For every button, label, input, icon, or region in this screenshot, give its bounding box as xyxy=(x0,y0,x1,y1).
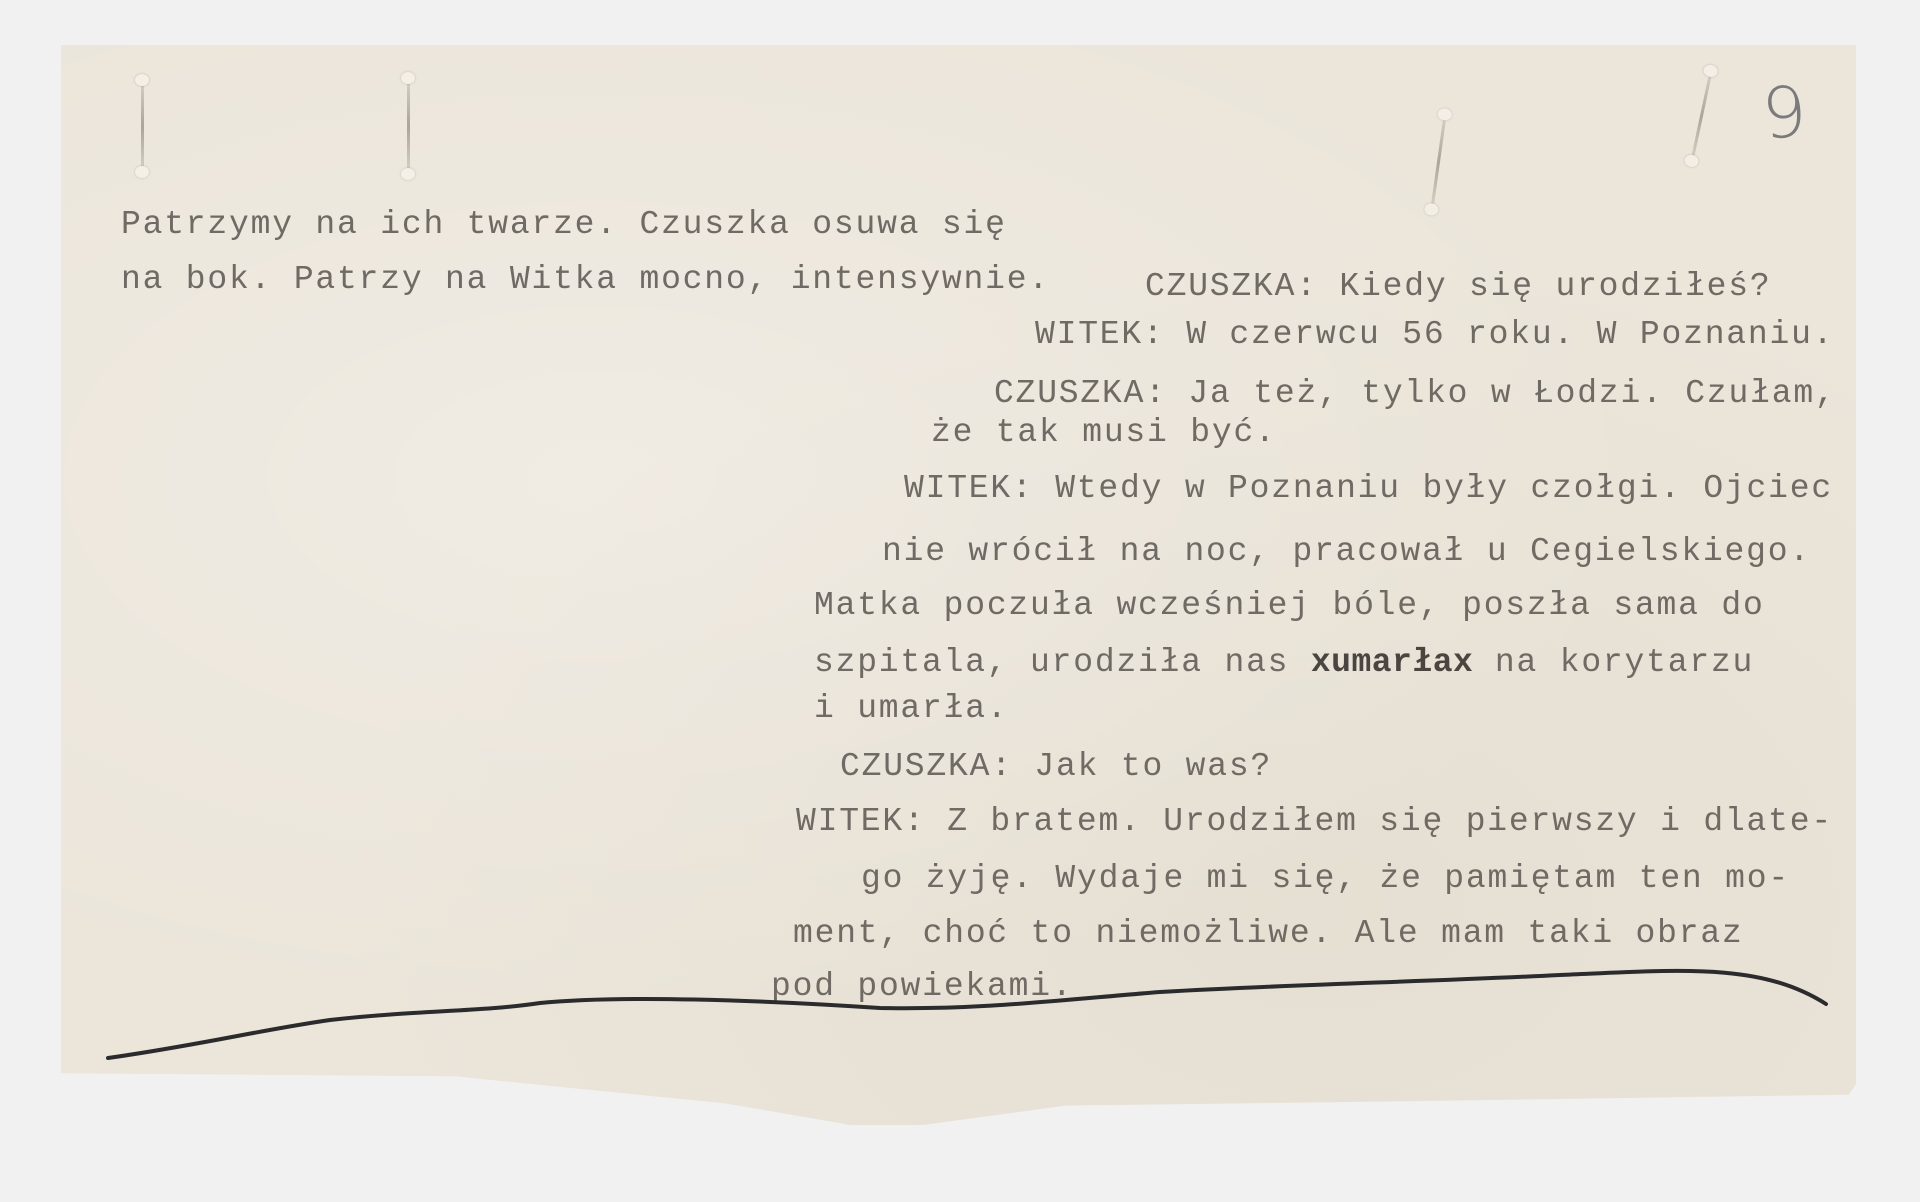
pen-drawn-divider-line xyxy=(0,0,1920,1202)
scan-canvas: 9 Patrzymy na ich twarze. Czuszka osuwa … xyxy=(0,0,1920,1202)
